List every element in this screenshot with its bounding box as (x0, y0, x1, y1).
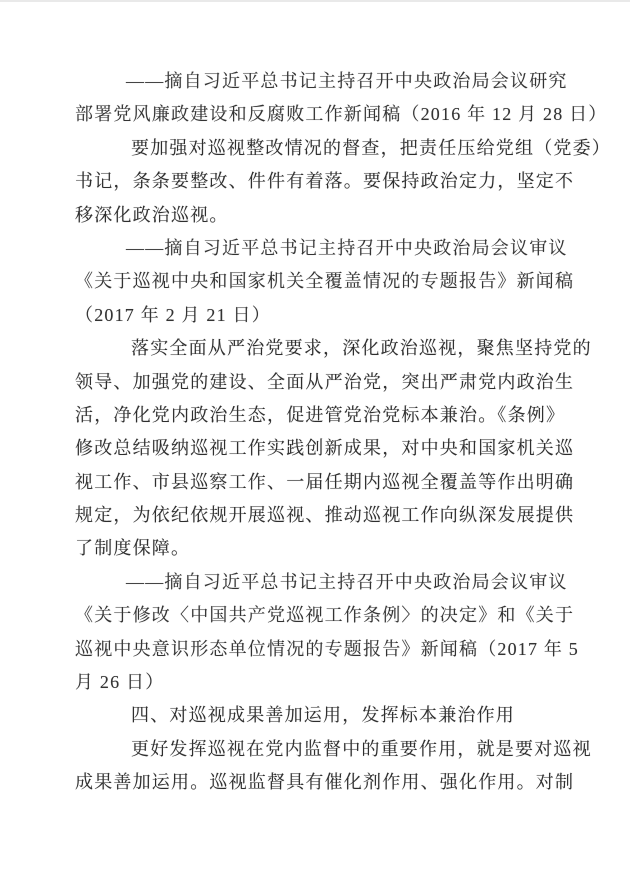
text-line: 《关于巡视中央和国家机关全覆盖情况的专题报告》新闻稿 (75, 265, 580, 298)
text-line: 书记，条条要整改、件件有着落。要保持政治定力，坚定不 (75, 165, 580, 198)
paragraph-body: 更好发挥巡视在党内监督中的重要作用，就是要对巡视成果善加运用。巡视监督具有催化剂… (75, 733, 580, 800)
paragraph-heading: 四、对巡视成果善加运用，发挥标本兼治作用 (75, 699, 580, 732)
text-block: ——摘自习近平总书记主持召开中央政治局会议研究部署党风廉政建设和反腐败工作新闻稿… (75, 65, 580, 800)
paragraph-quote: ——摘自习近平总书记主持召开中央政治局会议审议《关于巡视中央和国家机关全覆盖情况… (75, 232, 580, 332)
text-line: 活，净化党内政治生态，促进管党治党标本兼治。《条例》 (75, 399, 580, 432)
text-line: 《关于修改〈中国共产党巡视工作条例〉的决定》和《关于 (75, 599, 580, 632)
paragraph-body: 要加强对巡视整改情况的督查，把责任压给党组（党委）书记，条条要整改、件件有着落。… (75, 132, 580, 232)
text-line: ——摘自习近平总书记主持召开中央政治局会议审议 (75, 232, 580, 265)
text-line: 了制度保障。 (75, 532, 580, 565)
scan-top-edge (0, 0, 630, 2)
text-line: 月 26 日） (75, 666, 580, 699)
text-line: 移深化政治巡视。 (75, 199, 580, 232)
text-line: 更好发挥巡视在党内监督中的重要作用，就是要对巡视 (75, 733, 580, 766)
text-line: 落实全面从严治党要求，深化政治巡视，聚焦坚持党的 (75, 332, 580, 365)
text-line: ——摘自习近平总书记主持召开中央政治局会议审议 (75, 566, 580, 599)
text-line: 部署党风廉政建设和反腐败工作新闻稿（2016 年 12 月 28 日） (75, 98, 580, 131)
text-line: 四、对巡视成果善加运用，发挥标本兼治作用 (75, 699, 580, 732)
text-line: 巡视中央意识形态单位情况的专题报告》新闻稿（2017 年 5 (75, 633, 580, 666)
document-page: ——摘自习近平总书记主持召开中央政治局会议研究部署党风廉政建设和反腐败工作新闻稿… (0, 0, 630, 888)
text-line: 修改总结吸纳巡视工作实践创新成果，对中央和国家机关巡 (75, 432, 580, 465)
text-line: 领导、加强党的建设、全面从严治党，突出严肃党内政治生 (75, 366, 580, 399)
paragraph-quote: ——摘自习近平总书记主持召开中央政治局会议审议《关于修改〈中国共产党巡视工作条例… (75, 566, 580, 700)
text-line: 成果善加运用。巡视监督具有催化剂作用、强化作用。对制 (75, 766, 580, 799)
text-line: （2017 年 2 月 21 日） (75, 299, 580, 332)
text-line: 视工作、市县巡察工作、一届任期内巡视全覆盖等作出明确 (75, 466, 580, 499)
text-line: 规定，为依纪依规开展巡视、推动巡视工作向纵深发展提供 (75, 499, 580, 532)
text-line: 要加强对巡视整改情况的督查，把责任压给党组（党委） (75, 132, 580, 165)
paragraph-body: 落实全面从严治党要求，深化政治巡视，聚焦坚持党的领导、加强党的建设、全面从严治党… (75, 332, 580, 566)
text-line: ——摘自习近平总书记主持召开中央政治局会议研究 (75, 65, 580, 98)
paragraph-quote: ——摘自习近平总书记主持召开中央政治局会议研究部署党风廉政建设和反腐败工作新闻稿… (75, 65, 580, 132)
